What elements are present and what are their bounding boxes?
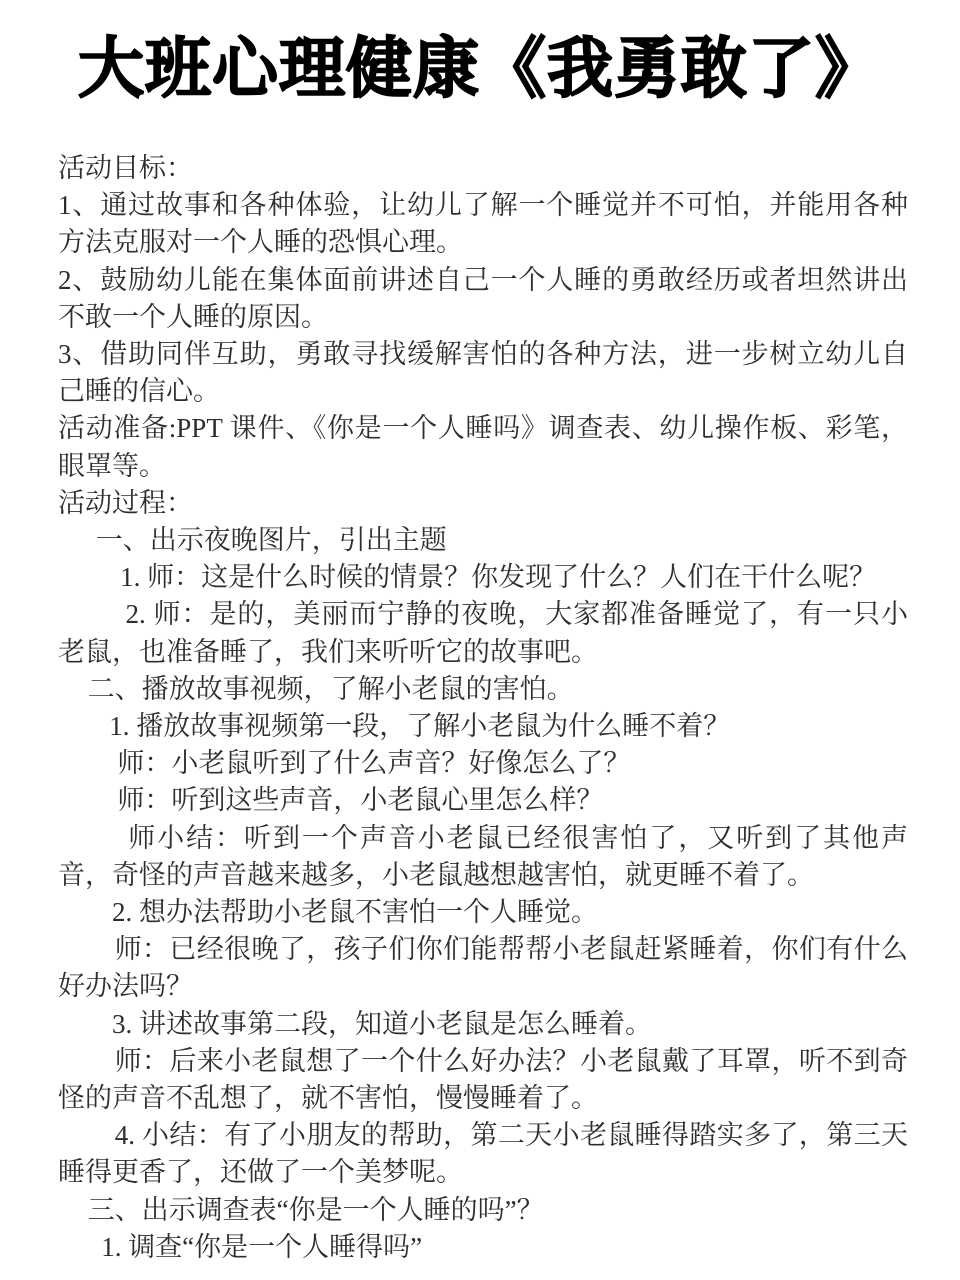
paragraph: 一、出示夜晚图片，引出主题 — [58, 522, 908, 559]
document-title: 大班心理健康《我勇敢了》 — [0, 30, 960, 108]
paragraph: 2、鼓励幼儿能在集体面前讲述自己一个人睡的勇敢经历或者坦然讲出不敢一个人睡的原因… — [58, 262, 908, 336]
paragraph: 三、出示调查表“你是一个人睡的吗”？ — [58, 1192, 908, 1229]
paragraph: 师：后来小老鼠想了一个什么好办法？小老鼠戴了耳罩，听不到奇怪的声音不乱想了，就不… — [58, 1043, 908, 1117]
paragraph: 2. 想办法帮助小老鼠不害怕一个人睡觉。 — [58, 894, 908, 931]
paragraph: 师小结：听到一个声音小老鼠已经很害怕了，又听到了其他声音，奇怪的声音越来越多，小… — [58, 820, 908, 894]
paragraph: 活动准备:PPT 课件、《你是一个人睡吗》调查表、幼儿操作板、彩笔，眼罩等。 — [58, 410, 908, 484]
paragraph: 师：已经很晚了，孩子们你们能帮帮小老鼠赶紧睡着，你们有什么好办法吗？ — [58, 931, 908, 1005]
paragraph: 1、通过故事和各种体验，让幼儿了解一个睡觉并不可怕，并能用各种方法克服对一个人睡… — [58, 187, 908, 261]
paragraph: 活动目标： — [58, 150, 908, 187]
paragraph: 3. 讲述故事第二段，知道小老鼠是怎么睡着。 — [58, 1006, 908, 1043]
paragraph: 师：小老鼠听到了什么声音？好像怎么了？ — [58, 745, 908, 782]
paragraph: 活动过程： — [58, 485, 908, 522]
paragraph: 3、借助同伴互助，勇敢寻找缓解害怕的各种方法，进一步树立幼儿自己睡的信心。 — [58, 336, 908, 410]
paragraph: 2. 师：是的，美丽而宁静的夜晚，大家都准备睡觉了，有一只小老鼠，也准备睡了，我… — [58, 596, 908, 670]
document-page: 大班心理健康《我勇敢了》 活动目标：1、通过故事和各种体验，让幼儿了解一个睡觉并… — [0, 0, 960, 1280]
paragraph: 1. 播放故事视频第一段，了解小老鼠为什么睡不着？ — [58, 708, 908, 745]
paragraph: 二、播放故事视频，了解小老鼠的害怕。 — [58, 671, 908, 708]
paragraph: 1. 师：这是什么时候的情景？你发现了什么？人们在干什么呢？ — [58, 559, 908, 596]
paragraph: 1. 调查“你是一个人睡得吗” — [58, 1229, 908, 1266]
document-body: 活动目标：1、通过故事和各种体验，让幼儿了解一个睡觉并不可怕，并能用各种方法克服… — [58, 150, 908, 1266]
paragraph: 4. 小结：有了小朋友的帮助，第二天小老鼠睡得踏实多了，第三天睡得更香了，还做了… — [58, 1117, 908, 1191]
paragraph: 师：听到这些声音，小老鼠心里怎么样？ — [58, 782, 908, 819]
